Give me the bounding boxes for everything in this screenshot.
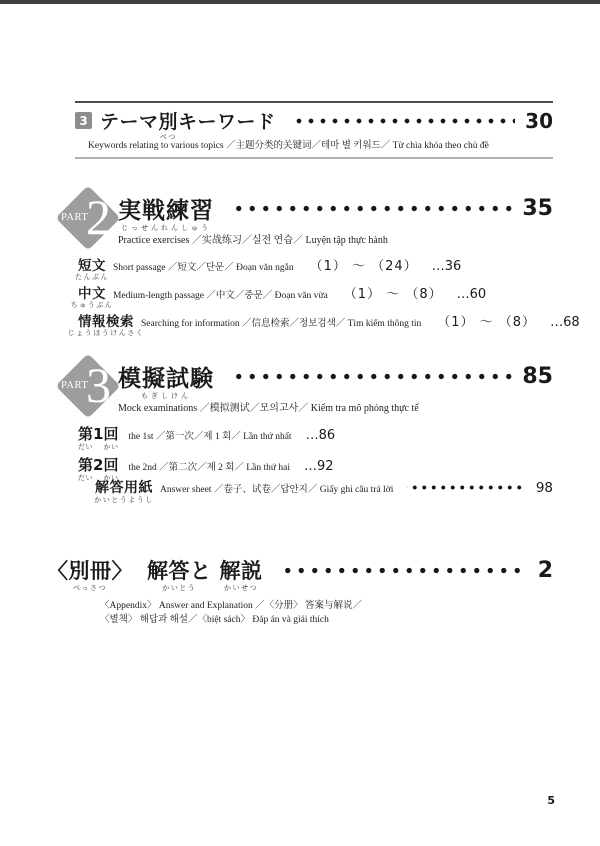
answer-sheet-page-number: 98 [536, 480, 553, 496]
answer-sheet-row: 解答用紙かいとうようし Answer sheet ／卷子、试卷／답안지／ Giấ… [95, 477, 553, 497]
dai-ruby: 第だい [78, 454, 93, 475]
dai-furigana: だい [78, 475, 93, 482]
section-rule-bottom [75, 157, 553, 159]
part2-rows: 短文たんぶん Short passage ／短文／단문／ Đoạn văn ng… [78, 254, 553, 338]
kai-ruby: 回かい [103, 423, 118, 444]
row-furigana: ちゅうぶん [71, 302, 114, 309]
row-range: （1） ～ （8） [437, 311, 536, 330]
keyword-subtitle: Keywords relating to various topics ／主题分… [88, 141, 553, 152]
row-description: Medium-length passage ／中文／중문／ Đoạn văn v… [113, 287, 328, 301]
keyword-title-pre: テーマ [100, 111, 159, 133]
kai-text: 回 [103, 425, 118, 443]
appendix-word1-text: 解答と [147, 559, 212, 583]
kai-text: 回 [103, 456, 118, 474]
row-furigana: じょうほうけんさく [68, 330, 145, 337]
appendix-bracket: 〈別冊〉べっさつ [47, 555, 133, 585]
part2-title: 実戦練習じっせんれんしゅう [118, 192, 214, 225]
part3-badge: PART 3 [56, 354, 120, 418]
part2-badge: PART 2 [56, 186, 120, 250]
keyword-title-ruby-base: 別 [159, 111, 179, 133]
part2-title-text: 実戦練習 [118, 198, 214, 224]
toc-row: 短文たんぶん Short passage ／短文／단문／ Đoạn văn ng… [78, 254, 553, 274]
dot-leader [228, 373, 512, 380]
appendix-bracket-furigana: べっさつ [73, 585, 107, 592]
answer-sheet-furigana: かいとうようし [94, 497, 154, 504]
row-description: the 2nd ／第二次／제 2 회／ Lần thứ hai [128, 459, 290, 473]
appendix-subtitle: 〈Appendix〉 Answer and Explanation ／〈分册〉 … [100, 600, 553, 627]
appendix-title-row: 〈別冊〉べっさつ 解答とかいとう 解説かいせつ 2 [47, 556, 553, 584]
appendix-page-number: 2 [538, 558, 553, 583]
exam-number: 2 [93, 456, 103, 474]
row-kanji: 中文ちゅうぶん [78, 282, 106, 302]
appendix-word2-furigana: かいせつ [224, 585, 258, 592]
folio-page-number: 5 [547, 794, 555, 807]
appendix-bracket-text: 〈別冊〉 [47, 559, 133, 583]
part2-furigana: じっせんれんしゅう [121, 225, 211, 232]
part2-page-number: 35 [522, 196, 553, 221]
row-kanji: 第だい1回かい [78, 423, 118, 444]
row-kanji-text: 情報検索 [78, 314, 134, 330]
part3-rows: 第だい1回かい the 1st ／第一次／제 1 회／ Lần thứ nhất… [78, 423, 553, 483]
keyword-title-post: キーワード [178, 111, 276, 133]
part3-title: 模擬試験もぎしけん [118, 360, 214, 393]
keyword-entry: 3 テーマ別べつキーワード 30 [75, 107, 553, 134]
row-kanji: 情報検索じょうほうけんさく [78, 310, 134, 330]
row-range: （1） ～ （8） [344, 283, 443, 302]
toc-row: 第だい1回かい the 1st ／第一次／제 1 회／ Lần thứ nhất… [78, 423, 553, 444]
row-page-number: …68 [550, 315, 580, 330]
part2-number: 2 [86, 187, 111, 247]
toc-row: 第だい2回かい the 2nd ／第二次／제 2 회／ Lần thứ hai … [78, 454, 553, 475]
book-page: 3 テーマ別べつキーワード 30 Keywords relating to va… [0, 0, 600, 846]
part3-page-number: 85 [522, 364, 553, 389]
row-page-number: …86 [306, 428, 336, 443]
item-number-badge: 3 [75, 112, 92, 129]
appendix-word2: 解説かいせつ [220, 555, 263, 585]
row-kanji: 短文たんぶん [78, 254, 106, 274]
answer-sheet-title: 解答用紙 [95, 480, 153, 496]
row-range: （1） ～ （24） [310, 255, 418, 274]
exam-number: 1 [93, 425, 103, 443]
keyword-title-ruby: 別べつ [159, 107, 179, 134]
part3-subtitle: Mock examinations ／模拟测试／모의고사／ Kiểm tra m… [118, 403, 553, 415]
part3-title-text: 模擬試験 [118, 366, 214, 392]
kai-furigana: かい [103, 444, 118, 451]
part3-label: PART [61, 381, 88, 392]
keyword-title: テーマ別べつキーワード [100, 107, 276, 134]
section-rule-top [75, 101, 553, 103]
row-description: the 1st ／第一次／제 1 회／ Lần thứ nhất [128, 428, 291, 442]
row-kanji: 解答用紙かいとうようし [95, 477, 153, 497]
row-description: Short passage ／短文／단문／ Đoạn văn ngắn [113, 259, 294, 273]
row-furigana: たんぶん [75, 274, 109, 281]
row-page-number: …60 [457, 287, 487, 302]
part2-subtitle: Practice exercises ／实战练习／실전 연습／ Luyện tậ… [118, 235, 553, 247]
row-page-number: …92 [304, 459, 334, 474]
dot-leader [407, 485, 525, 490]
part3-title-row: 模擬試験もぎしけん 85 [118, 362, 553, 390]
row-description: Searching for information ／信息检索／정보검색／ Tì… [141, 315, 421, 329]
appendix-word2-text: 解説 [220, 559, 263, 583]
dai-text: 第 [78, 425, 93, 443]
row-page-number: …36 [432, 259, 462, 274]
page-top-edge [0, 0, 600, 4]
part2-title-row: 実戦練習じっせんれんしゅう 35 [118, 194, 553, 222]
part2-label: PART [61, 213, 88, 224]
dai-text: 第 [78, 456, 93, 474]
appendix-word1-furigana: かいとう [162, 585, 196, 592]
appendix-subtitle-line1: 〈Appendix〉 Answer and Explanation ／〈分册〉 … [100, 600, 553, 614]
appendix-section: 〈別冊〉べっさつ 解答とかいとう 解説かいせつ 2 〈Appendix〉 Ans… [47, 556, 553, 627]
row-description: Answer sheet ／卷子、试卷／답안지／ Giấy ghi câu tr… [160, 481, 393, 495]
row-kanji: 第だい2回かい [78, 454, 118, 475]
dai-furigana: だい [78, 444, 93, 451]
row-kanji-text: 中文 [78, 286, 106, 302]
appendix-subtitle-line2: 〈별책〉 해답과 해설／〈biệt sách〉 Đáp án và giải t… [100, 614, 553, 628]
part2-head: 実戦練習じっせんれんしゅう 35 Practice exercises ／实战练… [118, 194, 553, 247]
keyword-title-furigana: べつ [160, 134, 177, 141]
keyword-page-number: 30 [525, 109, 553, 133]
dot-leader [277, 567, 528, 574]
part3-number: 3 [86, 355, 111, 415]
keyword-section: 3 テーマ別べつキーワード 30 Keywords relating to va… [75, 101, 553, 159]
dai-ruby: 第だい [78, 423, 93, 444]
toc-row: 中文ちゅうぶん Medium-length passage ／中文／중문／ Đo… [78, 282, 553, 302]
appendix-word1: 解答とかいとう [147, 555, 212, 585]
part3-furigana: もぎしけん [141, 393, 191, 400]
part3-head: 模擬試験もぎしけん 85 Mock examinations ／模拟测试／모의고… [118, 362, 553, 415]
dot-leader [290, 118, 516, 124]
toc-row: 情報検索じょうほうけんさく Searching for information … [78, 310, 553, 330]
dot-leader [228, 205, 512, 212]
row-kanji-text: 短文 [78, 258, 106, 274]
kai-ruby: 回かい [103, 454, 118, 475]
